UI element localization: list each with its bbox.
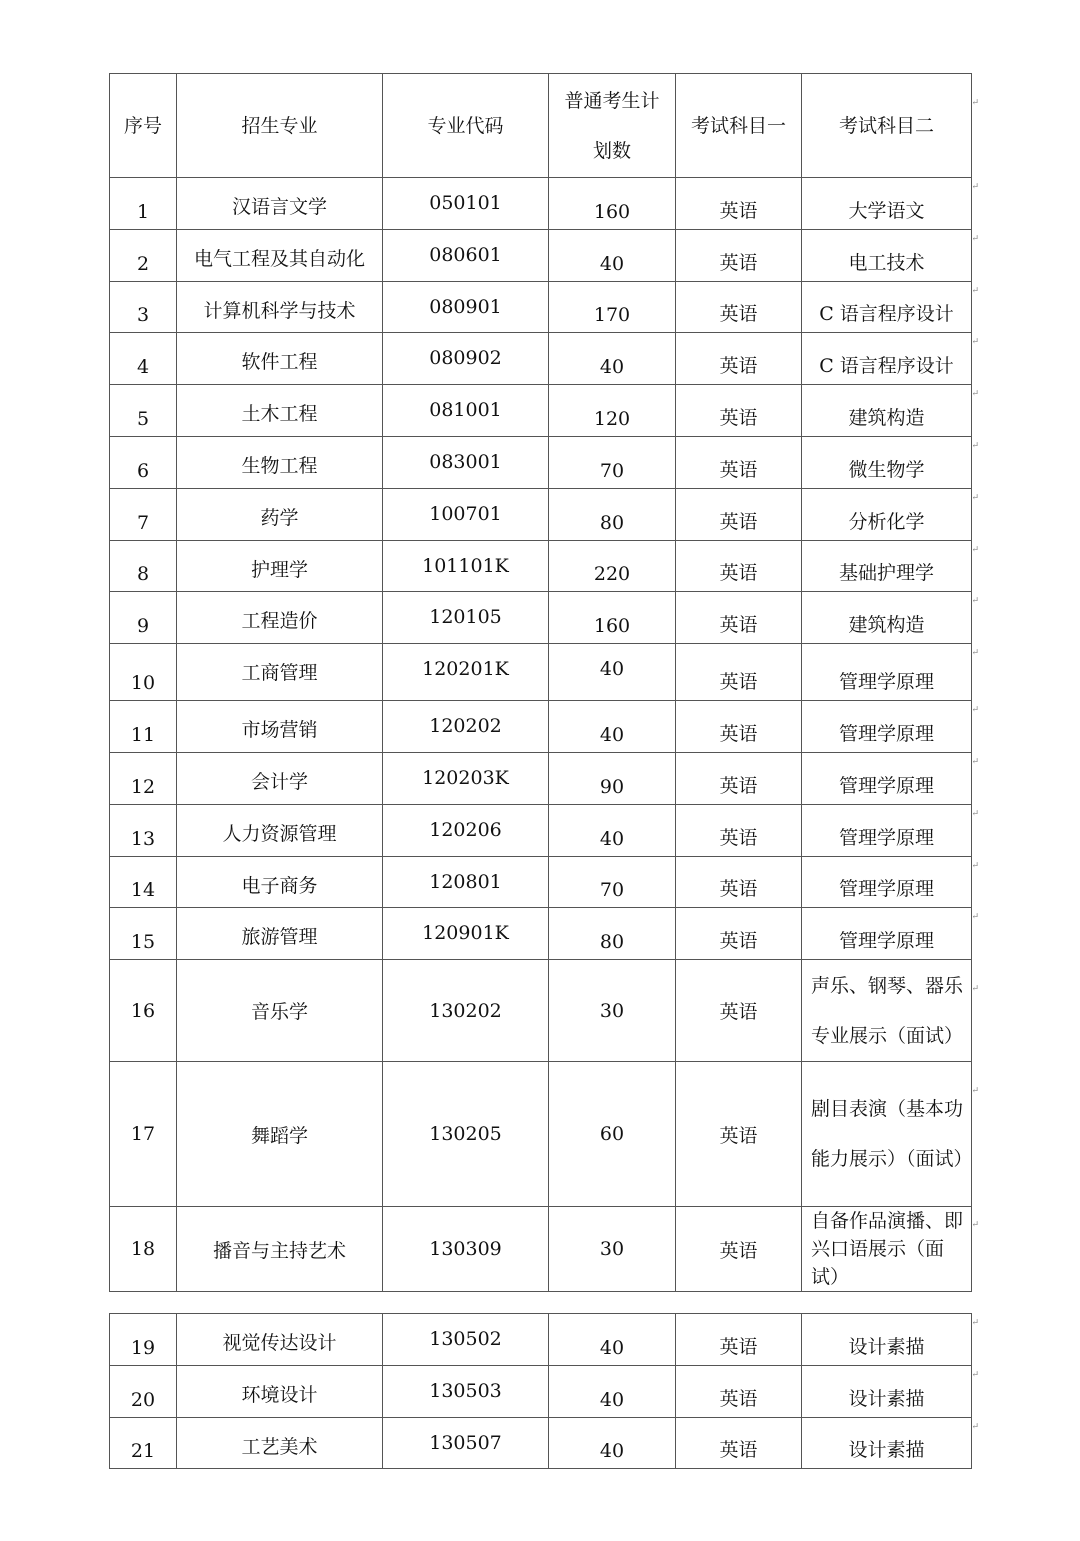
table-row: 9工程造价120105160英语建筑构造↵ [110, 592, 972, 644]
table-row: 10工商管理120201K40英语管理学原理↵ [110, 644, 972, 701]
cell-code: 120203K [383, 752, 549, 804]
paragraph-mark-icon: ↵ [971, 964, 979, 1014]
paragraph-mark-icon: ↵ [971, 337, 979, 347]
cell-major: 生物工程 [177, 436, 383, 488]
cell-major: 汉语言文学 [177, 178, 383, 230]
paragraph-mark-icon: ↵ [971, 493, 979, 503]
cell-major: 工程造价 [177, 592, 383, 644]
cell-subject1: 英语 [676, 1365, 802, 1417]
cell-no: 2 [110, 229, 177, 281]
cell-subject1: 英语 [676, 229, 802, 281]
cell-subject1: 英语 [676, 908, 802, 960]
cell-no: 1 [110, 178, 177, 230]
cell-no: 19 [110, 1314, 177, 1366]
paragraph-mark-icon: ↵ [971, 545, 979, 555]
cell-subject2: 设计素描↵ [802, 1365, 972, 1417]
cell-major: 计算机科学与技术 [177, 281, 383, 333]
cell-plan: 40 [549, 333, 676, 385]
table-row: 13人力资源管理12020640英语管理学原理↵ [110, 804, 972, 856]
cell-major: 播音与主持艺术 [177, 1207, 383, 1292]
paragraph-mark-icon: ↵ [971, 389, 979, 399]
cell-code: 080902 [383, 333, 549, 385]
cell-plan: 40 [549, 1417, 676, 1469]
paragraph-mark-icon: ↵ [971, 809, 979, 819]
table-row: 7药学10070180英语分析化学↵ [110, 488, 972, 540]
cell-code: 120202 [383, 701, 549, 753]
cell-plan: 160 [549, 592, 676, 644]
cell-no: 6 [110, 436, 177, 488]
cell-plan: 60 [549, 1062, 676, 1207]
table-row: 21工艺美术13050740英语设计素描↵ [110, 1417, 972, 1469]
cell-no: 16 [110, 960, 177, 1062]
table-row: 6生物工程08300170英语微生物学↵ [110, 436, 972, 488]
cell-subject1: 英语 [676, 592, 802, 644]
cell-plan: 90 [549, 752, 676, 804]
cell-subject2: 建筑构造↵ [802, 592, 972, 644]
cell-subject2: C 语言程序设计↵ [802, 281, 972, 333]
cell-subject1: 英语 [676, 385, 802, 437]
cell-no: 11 [110, 701, 177, 753]
paragraph-mark-icon: ↵ [971, 1211, 979, 1239]
cell-plan: 30 [549, 960, 676, 1062]
paragraph-mark-icon: ↵ [971, 1066, 979, 1116]
cell-code: 081001 [383, 385, 549, 437]
cell-code: 100701 [383, 488, 549, 540]
paragraph-mark-icon: ↵ [971, 286, 979, 296]
cell-subject2: 剧目表演（基本功能力展示）（面试）↵ [802, 1062, 972, 1207]
cell-code: 050101 [383, 178, 549, 230]
header-no: 序号 [110, 74, 177, 178]
cell-no: 15 [110, 908, 177, 960]
table-row: 20环境设计13050340英语设计素描↵ [110, 1365, 972, 1417]
table-row: 11市场营销12020240英语管理学原理↵ [110, 701, 972, 753]
table-row: 14电子商务12080170英语管理学原理↵ [110, 856, 972, 908]
cell-major: 护理学 [177, 540, 383, 592]
cell-plan: 40 [549, 701, 676, 753]
cell-subject1: 英语 [676, 281, 802, 333]
cell-subject2: 设计素描↵ [802, 1314, 972, 1366]
cell-subject1: 英语 [676, 1417, 802, 1469]
table-row: 1汉语言文学050101160英语大学语文↵ [110, 178, 972, 230]
cell-code: 080901 [383, 281, 549, 333]
cell-plan: 70 [549, 436, 676, 488]
cell-code: 120201K [383, 644, 549, 701]
cell-subject2: 微生物学↵ [802, 436, 972, 488]
cell-subject2: 建筑构造↵ [802, 385, 972, 437]
cell-code: 130502 [383, 1314, 549, 1366]
paragraph-mark-icon: ↵ [971, 861, 979, 871]
table-row: 8护理学101101K220英语基础护理学↵ [110, 540, 972, 592]
cell-subject1: 英语 [676, 701, 802, 753]
cell-code: 130507 [383, 1417, 549, 1469]
cell-no: 9 [110, 592, 177, 644]
cell-major: 环境设计 [177, 1365, 383, 1417]
cell-code: 101101K [383, 540, 549, 592]
cell-no: 8 [110, 540, 177, 592]
cell-major: 软件工程 [177, 333, 383, 385]
cell-code: 120105 [383, 592, 549, 644]
cell-no: 13 [110, 804, 177, 856]
cell-major: 电气工程及其自动化 [177, 229, 383, 281]
cell-subject1: 英语 [676, 644, 802, 701]
paragraph-mark-icon: ↵ [971, 441, 979, 451]
cell-plan: 30 [549, 1207, 676, 1292]
cell-major: 工艺美术 [177, 1417, 383, 1469]
cell-no: 18 [110, 1207, 177, 1292]
cell-plan: 70 [549, 856, 676, 908]
cell-plan: 40 [549, 1314, 676, 1366]
cell-code: 120801 [383, 856, 549, 908]
paragraph-mark-icon: ↵ [971, 1318, 979, 1328]
cell-subject1: 英语 [676, 752, 802, 804]
cell-no: 12 [110, 752, 177, 804]
header-plan: 普通考生计划数 [549, 74, 676, 178]
cell-major: 人力资源管理 [177, 804, 383, 856]
cell-subject2: 自备作品演播、即兴口语展示（面试）↵ [802, 1207, 972, 1292]
cell-subject1: 英语 [676, 333, 802, 385]
cell-no: 5 [110, 385, 177, 437]
cell-subject2: 管理学原理↵ [802, 644, 972, 701]
cell-subject1: 英语 [676, 540, 802, 592]
table-row: 17舞蹈学13020560英语剧目表演（基本功能力展示）（面试）↵ [110, 1062, 972, 1207]
cell-plan: 40 [549, 1365, 676, 1417]
admissions-table-part1: 序号招生专业专业代码普通考生计划数考试科目一考试科目二↵1汉语言文学050101… [109, 73, 972, 1292]
header-code: 专业代码 [383, 74, 549, 178]
cell-major: 舞蹈学 [177, 1062, 383, 1207]
cell-major: 土木工程 [177, 385, 383, 437]
cell-subject2: 管理学原理↵ [802, 856, 972, 908]
cell-subject2: 电工技术↵ [802, 229, 972, 281]
cell-plan: 40 [549, 644, 676, 701]
cell-plan: 120 [549, 385, 676, 437]
cell-subject2: 设计素描↵ [802, 1417, 972, 1469]
cell-plan: 170 [549, 281, 676, 333]
cell-subject1: 英语 [676, 488, 802, 540]
paragraph-mark-icon: ↵ [971, 1370, 979, 1380]
cell-plan: 40 [549, 229, 676, 281]
admissions-table-part2: 19视觉传达设计13050240英语设计素描↵20环境设计13050340英语设… [109, 1313, 972, 1469]
header-subject1: 考试科目一 [676, 74, 802, 178]
table-row: 15旅游管理120901K80英语管理学原理↵ [110, 908, 972, 960]
cell-major: 旅游管理 [177, 908, 383, 960]
table-row: 3计算机科学与技术080901170英语C 语言程序设计↵ [110, 281, 972, 333]
paragraph-mark-icon: ↵ [971, 234, 979, 244]
cell-major: 工商管理 [177, 644, 383, 701]
paragraph-mark-icon: ↵ [971, 757, 979, 767]
cell-code: 130309 [383, 1207, 549, 1292]
header-major: 招生专业 [177, 74, 383, 178]
cell-no: 7 [110, 488, 177, 540]
cell-plan: 40 [549, 804, 676, 856]
cell-plan: 80 [549, 488, 676, 540]
cell-subject2: 管理学原理↵ [802, 752, 972, 804]
cell-subject2: 管理学原理↵ [802, 701, 972, 753]
cell-no: 17 [110, 1062, 177, 1207]
cell-no: 10 [110, 644, 177, 701]
cell-code: 080601 [383, 229, 549, 281]
cell-code: 130202 [383, 960, 549, 1062]
cell-code: 120206 [383, 804, 549, 856]
table-row: 12会计学120203K90英语管理学原理↵ [110, 752, 972, 804]
cell-subject2: 管理学原理↵ [802, 908, 972, 960]
table-row: 2电气工程及其自动化08060140英语电工技术↵ [110, 229, 972, 281]
cell-major: 音乐学 [177, 960, 383, 1062]
cell-no: 20 [110, 1365, 177, 1417]
cell-subject2: C 语言程序设计↵ [802, 333, 972, 385]
paragraph-mark-icon: ↵ [971, 648, 979, 658]
cell-no: 14 [110, 856, 177, 908]
cell-major: 电子商务 [177, 856, 383, 908]
cell-subject1: 英语 [676, 436, 802, 488]
paragraph-mark-icon: ↵ [971, 78, 979, 128]
cell-code: 130503 [383, 1365, 549, 1417]
cell-subject2: 管理学原理↵ [802, 804, 972, 856]
paragraph-mark-icon: ↵ [971, 705, 979, 715]
cell-code: 120901K [383, 908, 549, 960]
cell-subject1: 英语 [676, 856, 802, 908]
cell-no: 3 [110, 281, 177, 333]
table-row: 5土木工程081001120英语建筑构造↵ [110, 385, 972, 437]
paragraph-mark-icon: ↵ [971, 596, 979, 606]
cell-subject1: 英语 [676, 1314, 802, 1366]
header-subject2: 考试科目二↵ [802, 74, 972, 178]
cell-major: 会计学 [177, 752, 383, 804]
cell-subject1: 英语 [676, 804, 802, 856]
cell-subject1: 英语 [676, 1207, 802, 1292]
cell-subject2: 分析化学↵ [802, 488, 972, 540]
cell-no: 4 [110, 333, 177, 385]
cell-major: 药学 [177, 488, 383, 540]
table-row: 16音乐学13020230英语声乐、钢琴、器乐专业展示（面试）↵ [110, 960, 972, 1062]
cell-code: 083001 [383, 436, 549, 488]
table-row: 4软件工程08090240英语C 语言程序设计↵ [110, 333, 972, 385]
cell-major: 市场营销 [177, 701, 383, 753]
table-row: 18播音与主持艺术13030930英语自备作品演播、即兴口语展示（面试）↵ [110, 1207, 972, 1292]
cell-subject1: 英语 [676, 960, 802, 1062]
cell-subject1: 英语 [676, 1062, 802, 1207]
cell-plan: 80 [549, 908, 676, 960]
header-row: 序号招生专业专业代码普通考生计划数考试科目一考试科目二↵ [110, 74, 972, 178]
cell-subject1: 英语 [676, 178, 802, 230]
table-row: 19视觉传达设计13050240英语设计素描↵ [110, 1314, 972, 1366]
paragraph-mark-icon: ↵ [971, 182, 979, 192]
paragraph-mark-icon: ↵ [971, 912, 979, 922]
cell-subject2: 声乐、钢琴、器乐专业展示（面试）↵ [802, 960, 972, 1062]
cell-subject2: 基础护理学↵ [802, 540, 972, 592]
cell-subject2: 大学语文↵ [802, 178, 972, 230]
cell-major: 视觉传达设计 [177, 1314, 383, 1366]
cell-plan: 220 [549, 540, 676, 592]
cell-no: 21 [110, 1417, 177, 1469]
paragraph-mark-icon: ↵ [971, 1422, 979, 1432]
cell-code: 130205 [383, 1062, 549, 1207]
cell-plan: 160 [549, 178, 676, 230]
